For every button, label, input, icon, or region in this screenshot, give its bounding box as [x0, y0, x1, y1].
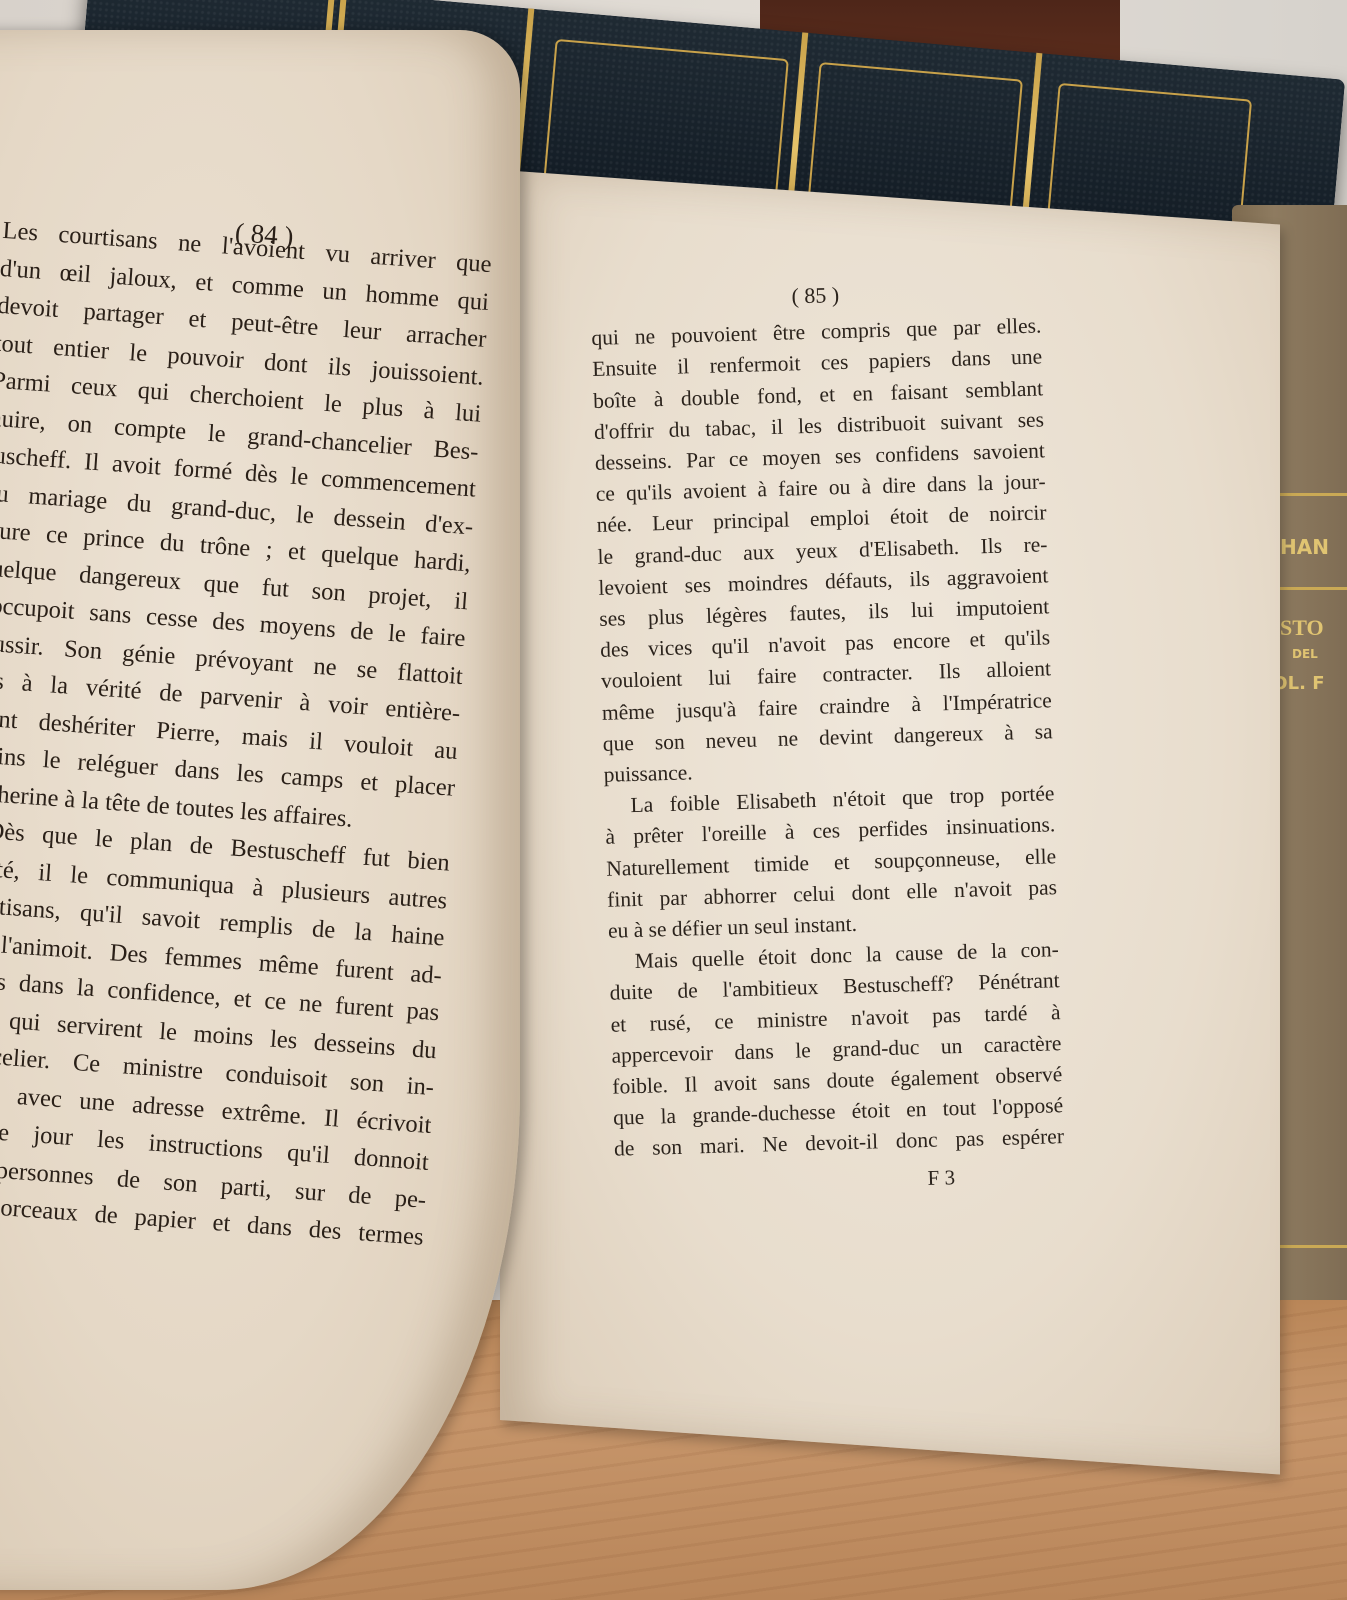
- gold-rule: [1272, 587, 1347, 590]
- photo-scene: ROM HAN STO DEL IVOL. F ( 84 ) Les court…: [0, 0, 1347, 1600]
- spine-label-del: DEL: [1292, 647, 1318, 661]
- left-page-text: ( 84 ) Les courtisans ne l'avoient vu ar…: [0, 212, 493, 1256]
- spine-label-title: STO: [1280, 615, 1324, 641]
- right-page-text: ( 85 ) qui ne pouvoient être compris que…: [590, 273, 1065, 1202]
- spine-label-author: HAN: [1280, 535, 1329, 559]
- page-number-84: ( 84 ): [234, 214, 295, 255]
